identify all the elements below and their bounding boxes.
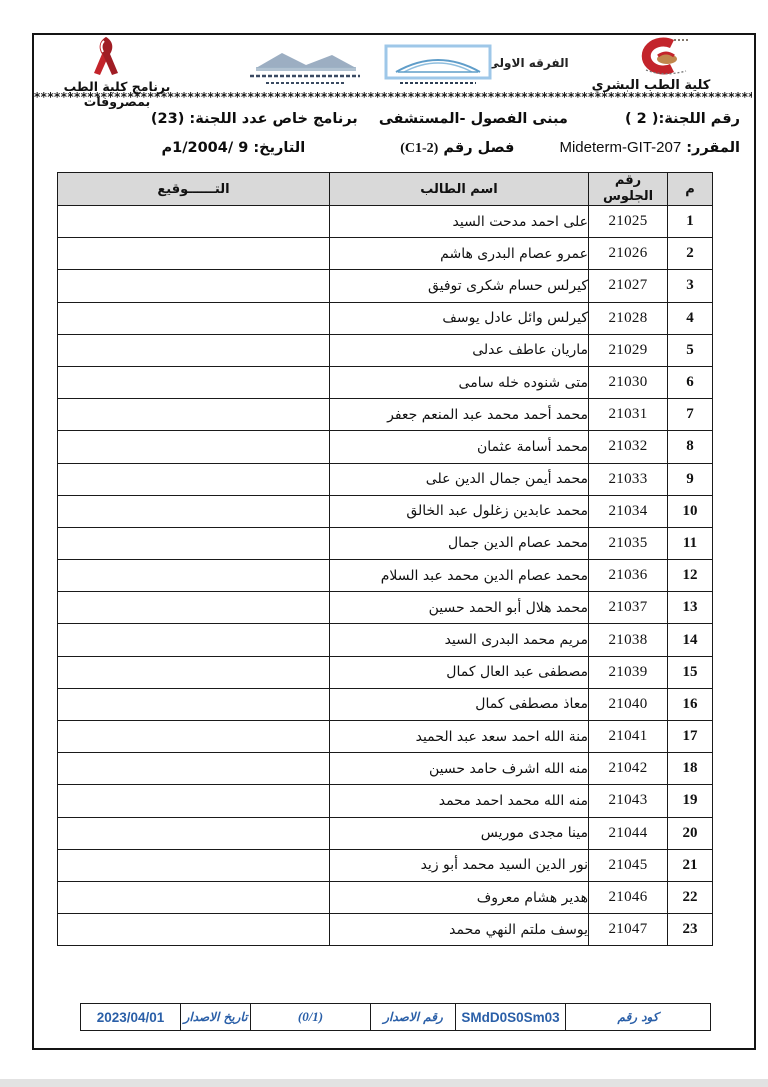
seat-number-cell: 21046 bbox=[589, 881, 668, 913]
signature-cell bbox=[58, 238, 330, 270]
signature-cell bbox=[58, 656, 330, 688]
student-name-cell: مصطفى عبد العال كمال bbox=[330, 656, 589, 688]
signature-cell bbox=[58, 592, 330, 624]
student-row: 2021044مينا مجدى موريس bbox=[58, 817, 713, 849]
section-number: (C1-2) bbox=[400, 141, 438, 156]
serial-number-cell: 5 bbox=[668, 334, 713, 366]
issue-number-value: (0/1) bbox=[251, 1004, 371, 1031]
student-name-cell: هدير هشام معروف bbox=[330, 881, 589, 913]
seat-number-cell: 21045 bbox=[589, 849, 668, 881]
student-name-cell: مينا مجدى موريس bbox=[330, 817, 589, 849]
seat-number-cell: 21035 bbox=[589, 527, 668, 559]
seat-number-cell: 21025 bbox=[589, 206, 668, 238]
document-page: كلية الطب البشري الفرقه الاولى برنامج كل… bbox=[0, 0, 768, 1087]
serial-number-cell: 22 bbox=[668, 881, 713, 913]
student-row: 2221046هدير هشام معروف bbox=[58, 881, 713, 913]
student-name-cell: كيرلس وائل عادل يوسف bbox=[330, 302, 589, 334]
serial-number-cell: 4 bbox=[668, 302, 713, 334]
serial-number-cell: 11 bbox=[668, 527, 713, 559]
seat-number-cell: 21027 bbox=[589, 270, 668, 302]
center-logo-building-icon bbox=[238, 46, 372, 88]
seat-number-cell: 21037 bbox=[589, 592, 668, 624]
student-name-cell: كيرلس حسام شكرى توفيق bbox=[330, 270, 589, 302]
student-row: 2121045نور الدين السيد محمد أبو زيد bbox=[58, 849, 713, 881]
student-row: 721031محمد أحمد محمد عبد المنعم جعفر bbox=[58, 399, 713, 431]
student-name-cell: منه الله اشرف حامد حسين bbox=[330, 753, 589, 785]
seat-number-cell: 21028 bbox=[589, 302, 668, 334]
students-table: م رقم الجلوس اسم الطالب التــــــوقيع 12… bbox=[57, 172, 713, 946]
student-name-cell: محمد عابدين زغلول عبد الخالق bbox=[330, 495, 589, 527]
signature-cell bbox=[58, 785, 330, 817]
exam-date: التاريخ: 9 /1/2004م bbox=[161, 140, 305, 156]
student-name-cell: محمد عصام الدين جمال bbox=[330, 527, 589, 559]
signature-cell bbox=[58, 753, 330, 785]
seat-number-cell: 21040 bbox=[589, 688, 668, 720]
signature-cell bbox=[58, 817, 330, 849]
signature-cell bbox=[58, 721, 330, 753]
seat-number-cell: 21041 bbox=[589, 721, 668, 753]
student-row: 921033محمد أيمن جمال الدين على bbox=[58, 463, 713, 495]
student-name-cell: محمد أحمد محمد عبد المنعم جعفر bbox=[330, 399, 589, 431]
table-header-row: م رقم الجلوس اسم الطالب التــــــوقيع bbox=[58, 173, 713, 206]
serial-number-cell: 20 bbox=[668, 817, 713, 849]
student-name-cell: محمد أيمن جمال الدين على bbox=[330, 463, 589, 495]
student-name-cell: محمد عصام الدين محمد عبد السلام bbox=[330, 560, 589, 592]
seat-number-cell: 21034 bbox=[589, 495, 668, 527]
serial-number-cell: 1 bbox=[668, 206, 713, 238]
student-name-cell: نور الدين السيد محمد أبو زيد bbox=[330, 849, 589, 881]
signature-cell bbox=[58, 206, 330, 238]
code-value: SMdD0S0Sm03 bbox=[456, 1004, 566, 1031]
student-row: 1721041منة الله احمد سعد عبد الحميد bbox=[58, 721, 713, 753]
student-name-cell: منة الله احمد سعد عبد الحميد bbox=[330, 721, 589, 753]
col-header-signature: التــــــوقيع bbox=[58, 173, 330, 206]
student-name-cell: عمرو عصام البدرى هاشم bbox=[330, 238, 589, 270]
seat-number-cell: 21043 bbox=[589, 785, 668, 817]
signature-cell bbox=[58, 881, 330, 913]
student-row: 821032محمد أسامة عثمان bbox=[58, 431, 713, 463]
seat-number-cell: 21030 bbox=[589, 366, 668, 398]
student-row: 521029ماريان عاطف عدلى bbox=[58, 334, 713, 366]
serial-number-cell: 9 bbox=[668, 463, 713, 495]
section-label: فصل رقم bbox=[443, 140, 514, 156]
footer-row: كود رقم SMdD0S0Sm03 رقم الاصدار (0/1) تا… bbox=[81, 1004, 711, 1031]
student-name-cell: على احمد مدحت السيد bbox=[330, 206, 589, 238]
students-table-body: 121025على احمد مدحت السيد221026عمرو عصام… bbox=[58, 206, 713, 946]
serial-number-cell: 8 bbox=[668, 431, 713, 463]
student-row: 2321047يوسف ملتم النهي محمد bbox=[58, 914, 713, 946]
seat-number-cell: 21032 bbox=[589, 431, 668, 463]
signature-cell bbox=[58, 495, 330, 527]
serial-number-cell: 17 bbox=[668, 721, 713, 753]
student-name-cell: محمد هلال أبو الحمد حسين bbox=[330, 592, 589, 624]
student-row: 1621040معاذ مصطفى كمال bbox=[58, 688, 713, 720]
serial-number-cell: 2 bbox=[668, 238, 713, 270]
signature-cell bbox=[58, 849, 330, 881]
student-name-cell: معاذ مصطفى كمال bbox=[330, 688, 589, 720]
student-row: 1021034محمد عابدين زغلول عبد الخالق bbox=[58, 495, 713, 527]
serial-number-cell: 6 bbox=[668, 366, 713, 398]
signature-cell bbox=[58, 688, 330, 720]
year-label: الفرقه الاولى bbox=[486, 56, 570, 70]
serial-number-cell: 21 bbox=[668, 849, 713, 881]
signature-cell bbox=[58, 527, 330, 559]
student-row: 1921043منه الله محمد احمد محمد bbox=[58, 785, 713, 817]
serial-number-cell: 19 bbox=[668, 785, 713, 817]
serial-number-cell: 3 bbox=[668, 270, 713, 302]
signature-cell bbox=[58, 914, 330, 946]
student-row: 121025على احمد مدحت السيد bbox=[58, 206, 713, 238]
student-row: 1421038مريم محمد البدرى السيد bbox=[58, 624, 713, 656]
course-label: المقرر: bbox=[686, 140, 740, 156]
student-row: 421028كيرلس وائل عادل يوسف bbox=[58, 302, 713, 334]
col-header-seat-number: رقم الجلوس bbox=[589, 173, 668, 206]
serial-number-cell: 7 bbox=[668, 399, 713, 431]
col-header-serial: م bbox=[668, 173, 713, 206]
seat-number-cell: 21026 bbox=[589, 238, 668, 270]
course-info-line: المقرر: Mideterm-GIT-207 فصل رقم (C1-2) … bbox=[161, 139, 740, 157]
col-header-student-name: اسم الطالب bbox=[330, 173, 589, 206]
document-footer-table: كود رقم SMdD0S0Sm03 رقم الاصدار (0/1) تا… bbox=[80, 1003, 711, 1031]
seat-number-cell: 21039 bbox=[589, 656, 668, 688]
serial-number-cell: 23 bbox=[668, 914, 713, 946]
serial-number-cell: 13 bbox=[668, 592, 713, 624]
signature-cell bbox=[58, 399, 330, 431]
issue-date-value: 2023/04/01 bbox=[81, 1004, 181, 1031]
signature-cell bbox=[58, 302, 330, 334]
committee-info-line: رقم اللجنة:( 2 ) مبنى الفصول -المستشفى ب… bbox=[151, 111, 740, 127]
seat-number-cell: 21038 bbox=[589, 624, 668, 656]
signature-cell bbox=[58, 270, 330, 302]
seat-number-cell: 21029 bbox=[589, 334, 668, 366]
serial-number-cell: 15 bbox=[668, 656, 713, 688]
program-committee-count: برنامج خاص عدد اللجنة: (23) bbox=[151, 111, 358, 127]
signature-cell bbox=[58, 431, 330, 463]
student-row: 1221036محمد عصام الدين محمد عبد السلام bbox=[58, 560, 713, 592]
committee-number: رقم اللجنة:( 2 ) bbox=[625, 111, 740, 127]
serial-number-cell: 14 bbox=[668, 624, 713, 656]
signature-cell bbox=[58, 560, 330, 592]
signature-cell bbox=[58, 334, 330, 366]
student-row: 221026عمرو عصام البدرى هاشم bbox=[58, 238, 713, 270]
serial-number-cell: 18 bbox=[668, 753, 713, 785]
student-name-cell: منه الله محمد احمد محمد bbox=[330, 785, 589, 817]
student-name-cell: محمد أسامة عثمان bbox=[330, 431, 589, 463]
signature-cell bbox=[58, 463, 330, 495]
serial-number-cell: 10 bbox=[668, 495, 713, 527]
seat-number-cell: 21031 bbox=[589, 399, 668, 431]
student-row: 1321037محمد هلال أبو الحمد حسين bbox=[58, 592, 713, 624]
code-label: كود رقم bbox=[566, 1004, 711, 1031]
student-row: 1121035محمد عصام الدين جمال bbox=[58, 527, 713, 559]
seat-number-cell: 21047 bbox=[589, 914, 668, 946]
student-row: 1521039مصطفى عبد العال كمال bbox=[58, 656, 713, 688]
ribbon-logo-icon bbox=[85, 35, 127, 79]
student-row: 621030متى شنوده خله سامى bbox=[58, 366, 713, 398]
building-name: مبنى الفصول -المستشفى bbox=[379, 111, 568, 127]
serial-number-cell: 16 bbox=[668, 688, 713, 720]
student-name-cell: ماريان عاطف عدلى bbox=[330, 334, 589, 366]
student-row: 321027كيرلس حسام شكرى توفيق bbox=[58, 270, 713, 302]
page-edge-shadow bbox=[0, 1079, 768, 1087]
serial-number-cell: 12 bbox=[668, 560, 713, 592]
student-name-cell: مريم محمد البدرى السيد bbox=[330, 624, 589, 656]
course-code: Mideterm-GIT-207 bbox=[559, 139, 681, 156]
student-row: 1821042منه الله اشرف حامد حسين bbox=[58, 753, 713, 785]
seat-number-cell: 21044 bbox=[589, 817, 668, 849]
center-logo-dome-icon bbox=[384, 44, 492, 88]
separator-line: ****************************************… bbox=[34, 91, 752, 104]
seat-number-cell: 21033 bbox=[589, 463, 668, 495]
student-name-cell: يوسف ملتم النهي محمد bbox=[330, 914, 589, 946]
issue-date-label: تاريخ الاصدار bbox=[181, 1004, 251, 1031]
faculty-logo-icon bbox=[612, 37, 706, 77]
signature-cell bbox=[58, 366, 330, 398]
issue-number-label: رقم الاصدار bbox=[371, 1004, 456, 1031]
seat-number-cell: 21042 bbox=[589, 753, 668, 785]
signature-cell bbox=[58, 624, 330, 656]
student-name-cell: متى شنوده خله سامى bbox=[330, 366, 589, 398]
seat-number-cell: 21036 bbox=[589, 560, 668, 592]
